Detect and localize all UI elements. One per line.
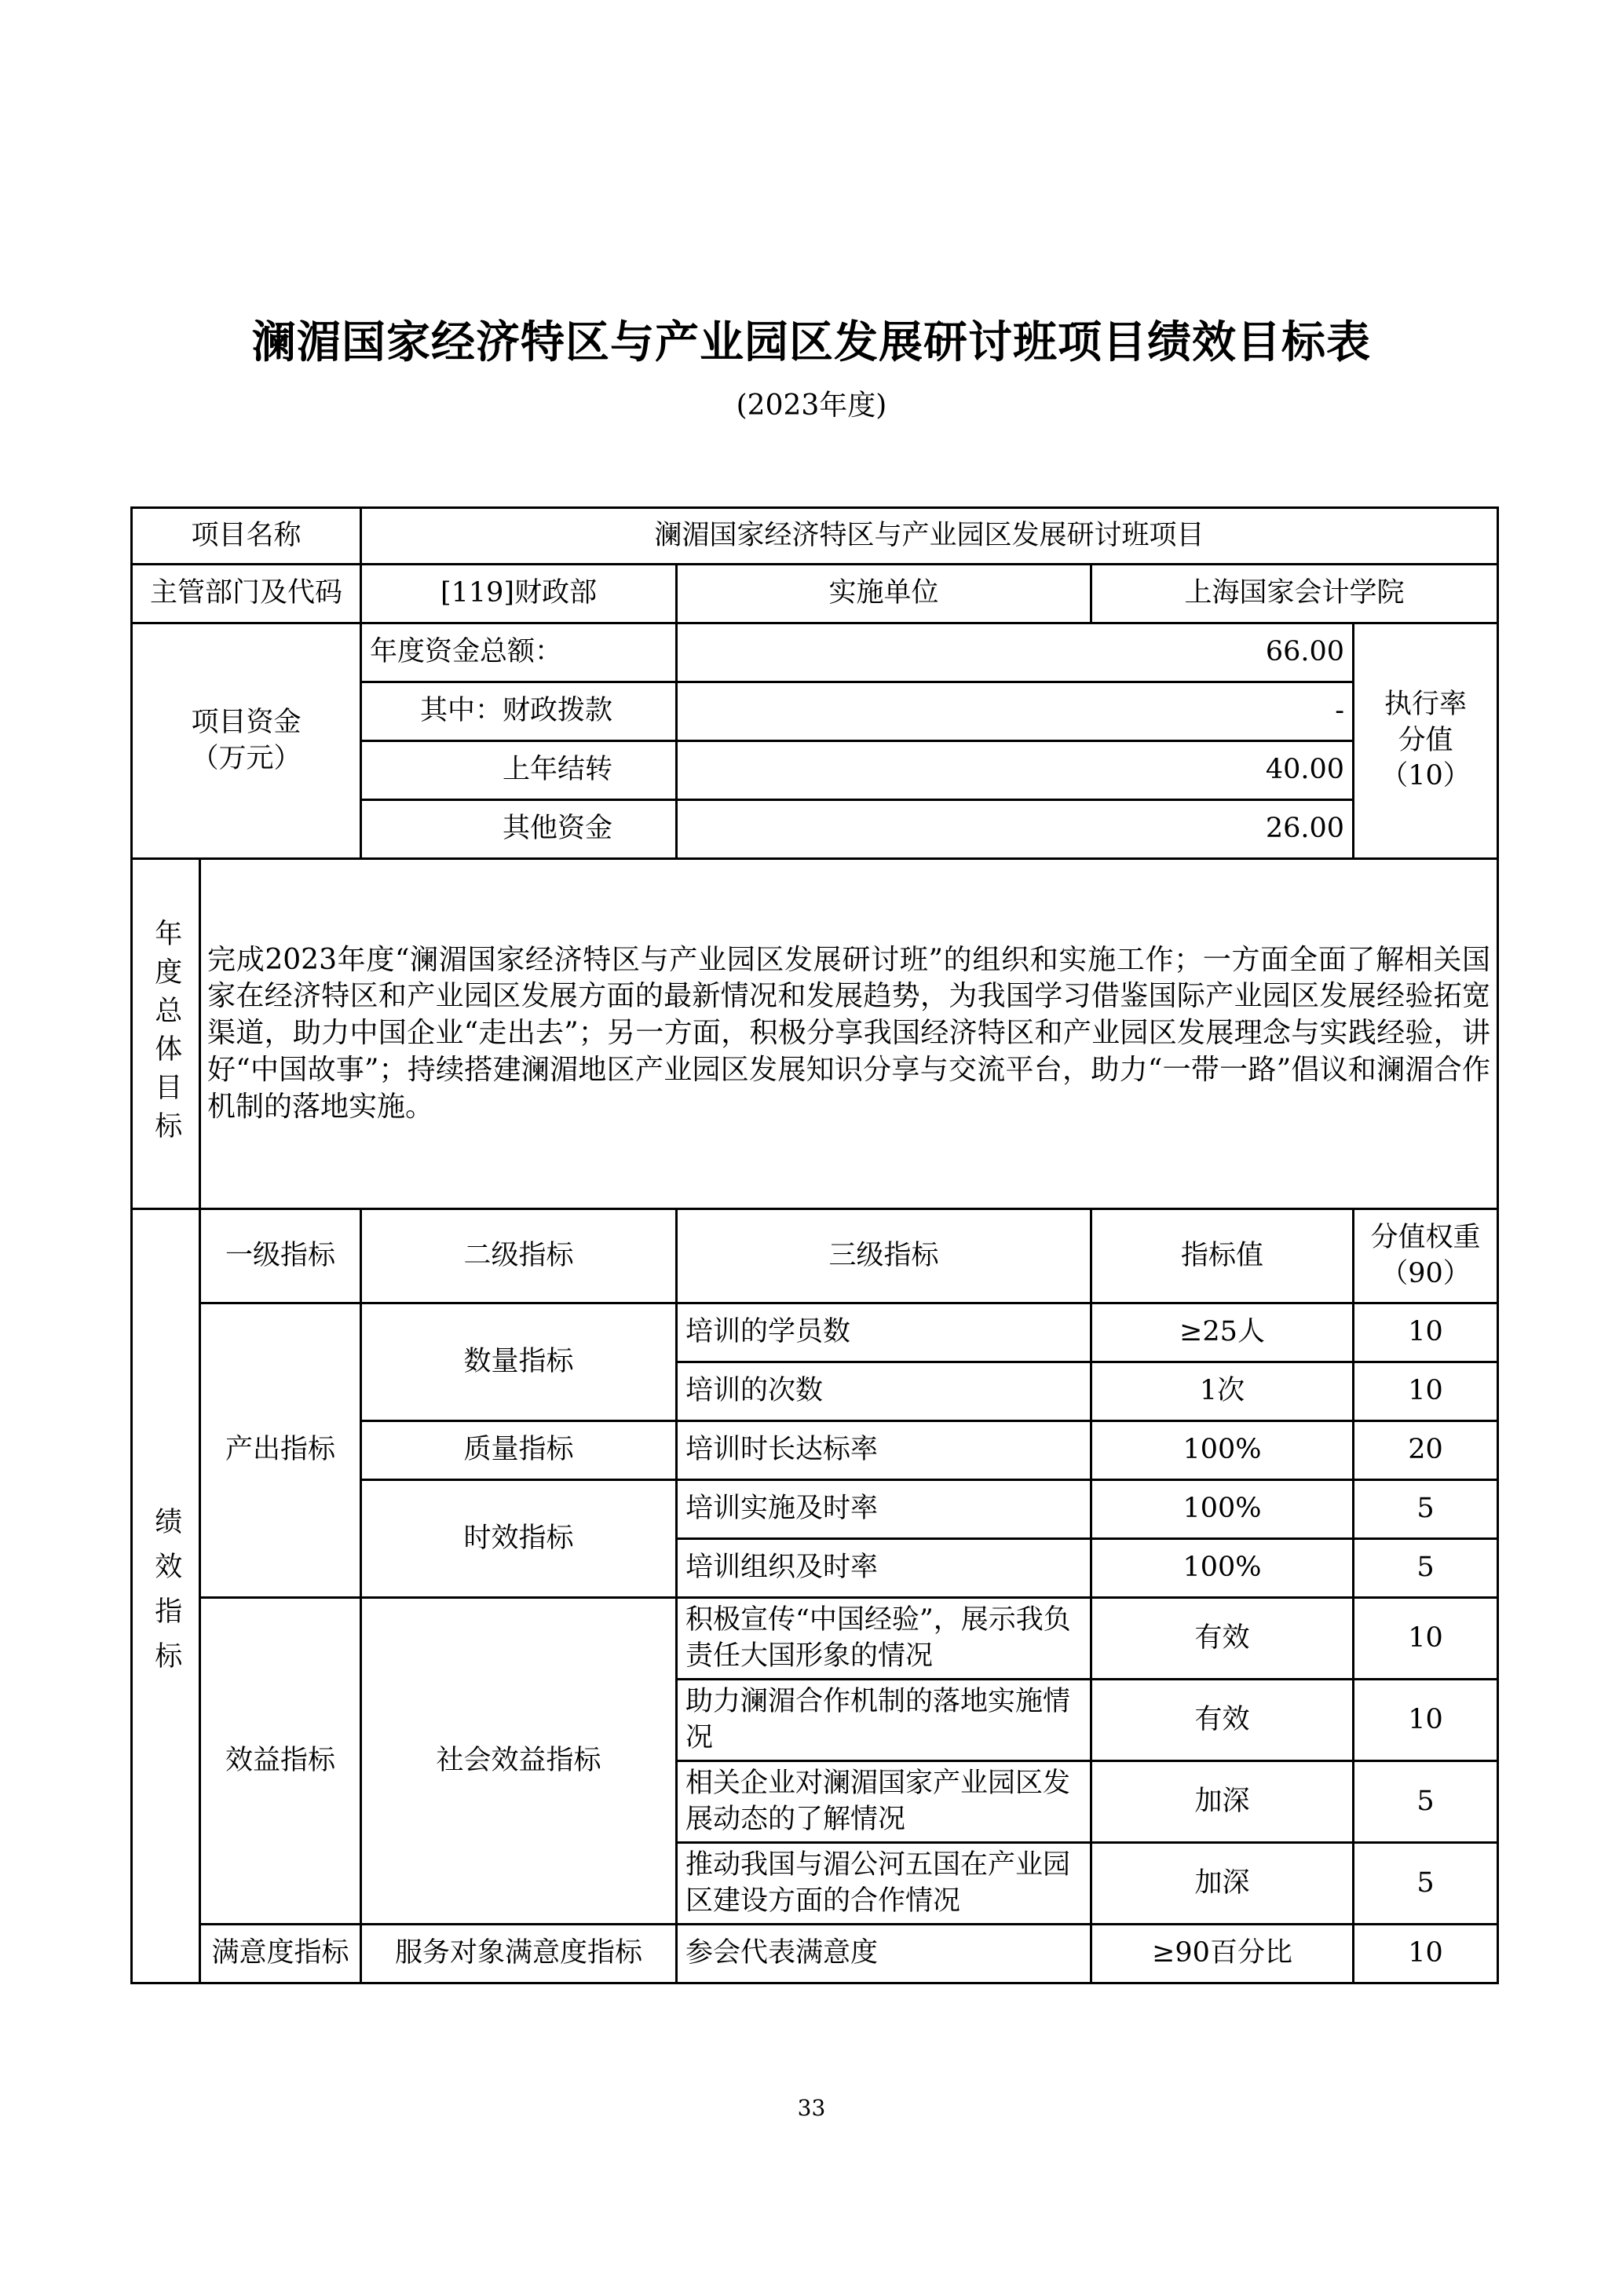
indicator-value: 加深 xyxy=(1091,1843,1354,1925)
indicator-name: 参会代表满意度 xyxy=(677,1925,1091,1983)
funds-other-label: 其他资金 xyxy=(361,800,677,859)
page-subtitle: (2023年度) xyxy=(0,383,1623,423)
indicator-value: 有效 xyxy=(1091,1680,1354,1761)
indicator-weight: 5 xyxy=(1354,1539,1498,1598)
indicator-weight: 10 xyxy=(1354,1303,1498,1362)
indicator-value: ≥25人 xyxy=(1091,1303,1354,1362)
indicator-weight: 5 xyxy=(1354,1761,1498,1843)
department-value: [119]财政部 xyxy=(361,565,677,623)
indicator-name: 培训的次数 xyxy=(677,1362,1091,1421)
indicator-value: 100% xyxy=(1091,1421,1354,1480)
indicator-name: 相关企业对澜湄国家产业园区发展动态的了解情况 xyxy=(677,1761,1091,1843)
header-weight: 分值权重 （90） xyxy=(1354,1209,1498,1303)
objective-label: 年度总体目标 xyxy=(132,859,200,1209)
indicator-value: 100% xyxy=(1091,1539,1354,1598)
project-name-row: 项目名称 澜湄国家经济特区与产业园区发展研讨班项目 xyxy=(132,508,1498,565)
project-name-label: 项目名称 xyxy=(132,508,361,565)
execution-rate-line1: 执行率 xyxy=(1362,687,1489,723)
funds-fiscal-label: 其中：财政拨款 xyxy=(361,682,677,741)
funds-carryover-label: 上年结转 xyxy=(361,741,677,800)
execution-rate-line3: （10） xyxy=(1362,759,1489,795)
header-value: 指标值 xyxy=(1091,1209,1354,1303)
indicator-row: 满意度指标 服务对象满意度指标 参会代表满意度 ≥90百分比 10 xyxy=(132,1925,1498,1983)
indicator-weight: 10 xyxy=(1354,1925,1498,1983)
indicator-weight: 10 xyxy=(1354,1598,1498,1680)
quantity-indicator-label: 数量指标 xyxy=(361,1303,677,1421)
header-level3: 三级指标 xyxy=(677,1209,1091,1303)
indicator-name: 培训的学员数 xyxy=(677,1303,1091,1362)
indicator-value: ≥90百分比 xyxy=(1091,1925,1354,1983)
indicator-value: 有效 xyxy=(1091,1598,1354,1680)
performance-target-table: 项目名称 澜湄国家经济特区与产业园区发展研讨班项目 主管部门及代码 [119]财… xyxy=(130,506,1499,1984)
output-indicator-label: 产出指标 xyxy=(200,1303,361,1598)
funds-fiscal-value: - xyxy=(677,682,1354,741)
implementing-unit-label: 实施单位 xyxy=(677,565,1091,623)
funds-label: 项目资金 （万元） xyxy=(132,623,361,859)
objective-row: 年度总体目标 完成2023年度“澜湄国家经济特区与产业园区发展研讨班”的组织和实… xyxy=(132,859,1498,1209)
quality-indicator-label: 质量指标 xyxy=(361,1421,677,1480)
indicator-value: 100% xyxy=(1091,1480,1354,1539)
indicator-weight: 5 xyxy=(1354,1843,1498,1925)
project-name-value: 澜湄国家经济特区与产业园区发展研讨班项目 xyxy=(361,508,1498,565)
execution-rate-line2: 分值 xyxy=(1362,723,1489,759)
indicator-name: 培训时长达标率 xyxy=(677,1421,1091,1480)
execution-rate-score: 执行率 分值 （10） xyxy=(1354,623,1498,859)
benefit-indicator-label: 效益指标 xyxy=(200,1598,361,1925)
funds-label-line1: 项目资金 xyxy=(141,705,352,741)
header-weight-line2: （90） xyxy=(1362,1256,1489,1292)
indicator-name: 助力澜湄合作机制的落地实施情况 xyxy=(677,1680,1091,1761)
timeliness-indicator-label: 时效指标 xyxy=(361,1480,677,1598)
indicator-weight: 20 xyxy=(1354,1421,1498,1480)
objective-text: 完成2023年度“澜湄国家经济特区与产业园区发展研讨班”的组织和实施工作；一方面… xyxy=(200,859,1498,1209)
funds-row: 项目资金 （万元） 年度资金总额： 66.00 执行率 分值 （10） xyxy=(132,623,1498,682)
header-level1: 一级指标 xyxy=(200,1209,361,1303)
indicator-value: 加深 xyxy=(1091,1761,1354,1843)
funds-carryover-value: 40.00 xyxy=(677,741,1354,800)
indicator-row: 产出指标 数量指标 培训的学员数 ≥25人 10 xyxy=(132,1303,1498,1362)
page-title: 澜湄国家经济特区与产业园区发展研讨班项目绩效目标表 xyxy=(0,308,1623,371)
funds-other-value: 26.00 xyxy=(677,800,1354,859)
indicator-name: 推动我国与湄公河五国在产业园区建设方面的合作情况 xyxy=(677,1843,1091,1925)
indicator-name: 培训组织及时率 xyxy=(677,1539,1091,1598)
indicator-value: 1次 xyxy=(1091,1362,1354,1421)
indicator-weight: 10 xyxy=(1354,1680,1498,1761)
department-row: 主管部门及代码 [119]财政部 实施单位 上海国家会计学院 xyxy=(132,565,1498,623)
indicators-header-row: 绩效指标 一级指标 二级指标 三级指标 指标值 分值权重 （90） xyxy=(132,1209,1498,1303)
indicators-label: 绩效指标 xyxy=(132,1209,200,1983)
department-label: 主管部门及代码 xyxy=(132,565,361,623)
implementing-unit-value: 上海国家会计学院 xyxy=(1091,565,1498,623)
funds-total-value: 66.00 xyxy=(677,623,1354,682)
header-level2: 二级指标 xyxy=(361,1209,677,1303)
funds-total-label: 年度资金总额： xyxy=(361,623,677,682)
indicator-row: 效益指标 社会效益指标 积极宣传“中国经验”，展示我负责任大国形象的情况 有效 … xyxy=(132,1598,1498,1680)
indicator-weight: 10 xyxy=(1354,1362,1498,1421)
header-weight-line1: 分值权重 xyxy=(1362,1220,1489,1256)
satisfaction-indicator-label: 满意度指标 xyxy=(200,1925,361,1983)
indicator-weight: 5 xyxy=(1354,1480,1498,1539)
service-satisfaction-indicator-label: 服务对象满意度指标 xyxy=(361,1925,677,1983)
indicator-name: 积极宣传“中国经验”，展示我负责任大国形象的情况 xyxy=(677,1598,1091,1680)
page-number: 33 xyxy=(0,2095,1623,2121)
social-benefit-indicator-label: 社会效益指标 xyxy=(361,1598,677,1925)
indicator-name: 培训实施及时率 xyxy=(677,1480,1091,1539)
funds-label-line2: （万元） xyxy=(141,741,352,777)
